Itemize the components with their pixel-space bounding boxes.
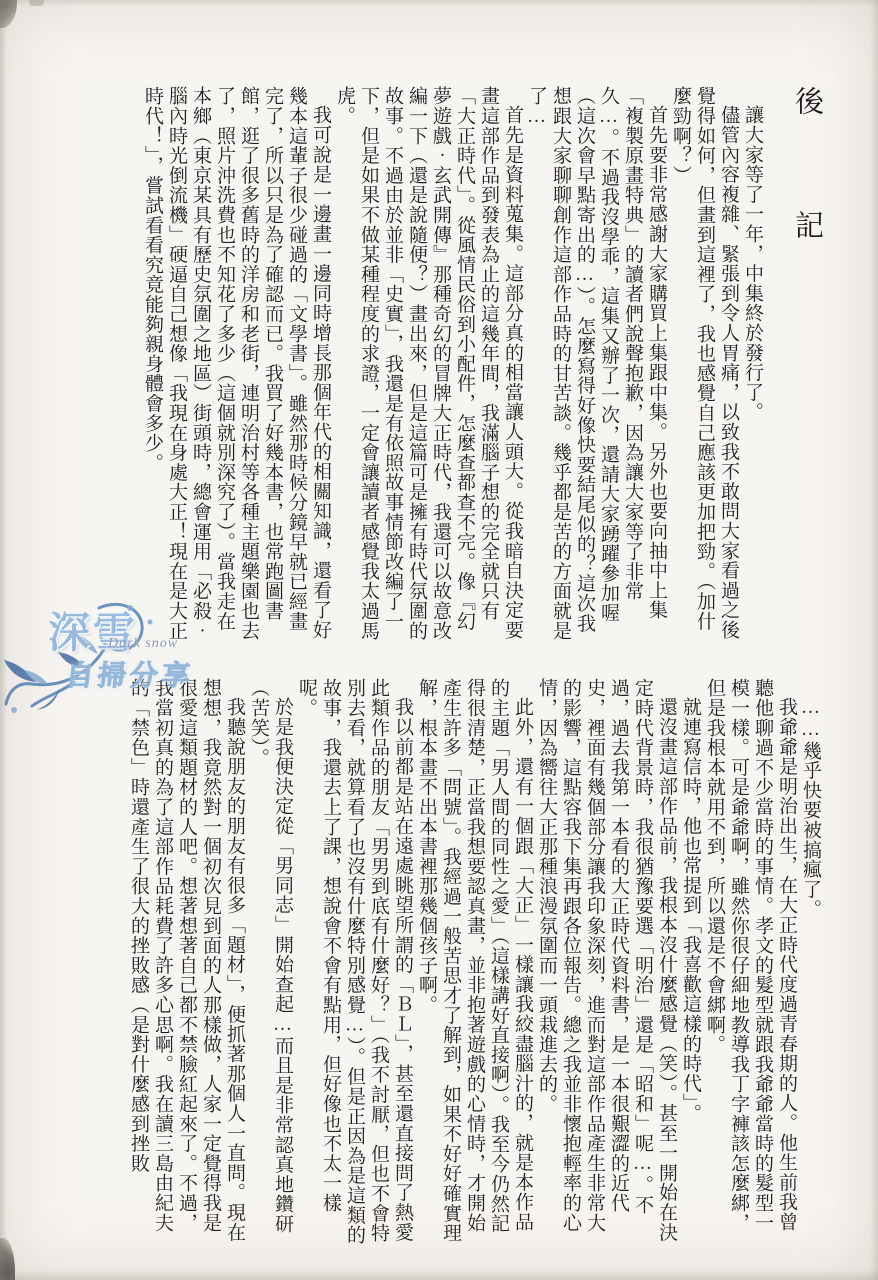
afterword-bottom-section: ……幾乎快要被搞瘋了。 我爺爺是明治出生，在大正時代度過青春期的人。他生前我曾聽… [54, 678, 822, 1246]
scanned-afterword-page: 後記 讓大家等了一年，中集終於發行了。 儘管內容複雜、緊張到令人胃痛，以致我不敢… [0, 0, 878, 1280]
paragraph: 首先是資料蒐集。這部分真的相當讓人頭大。從我暗自決定要畫這部作品到發表為止的這幾… [332, 86, 524, 648]
paragraph: 就連寫信時，他也常提到「我喜歡這樣的時代」。 [678, 678, 702, 1246]
paragraph: 此外，還有一個跟「大正」一樣讓我絞盡腦汁的，就是本作品的主題「男人間的同性之愛」… [414, 678, 534, 1246]
afterword-top-section: 後記 讓大家等了一年，中集終於發行了。 儘管內容複雜、緊張到令人胃痛，以致我不敢… [60, 86, 828, 648]
title-char-first: 後 [791, 86, 823, 115]
paragraph: 我爺爺是明治出生，在大正時代度過青春期的人。他生前我曾聽他聊過不少當時的事情。孝… [702, 678, 798, 1246]
paragraph: 還沒畫這部作品前，我根本沒什麼感覺（笑）。甚至一開始在決定時代背景時，我很猶豫要… [534, 678, 678, 1246]
scan-edge-right [870, 0, 878, 1280]
scan-edge-top [0, 0, 878, 6]
paragraph: 讓大家等了一年，中集終於發行了。 [740, 86, 764, 648]
scan-artifact-top-left [0, 0, 17, 28]
scan-edge-left [0, 0, 7, 1280]
title-char-second: 記 [791, 210, 823, 239]
paragraph: 首先要非常感謝大家購買上集跟中集。另外也要向抽中上集「複製原畫特典」的讀者們說聲… [524, 86, 668, 648]
scan-edge-bottom [0, 1270, 878, 1280]
paragraph: 我聽說朋友的朋友有很多「題材」，便抓著那個人一直問。現在想想，我竟然對一個初次見… [126, 678, 246, 1246]
paragraph: ……幾乎快要被搞瘋了。 [798, 678, 822, 1246]
paragraph: 我可說是一邊畫一邊同時增長那個年代的相關知識，還看了好幾本這輩子很少碰過的「文學… [140, 86, 332, 648]
paragraph: 我以前都是站在遠處眺望所謂的「ＢＬ」，甚至還直接問了熱愛此類作品的朋友「男男到底… [294, 678, 414, 1246]
scan-artifact-top-mark [29, 0, 44, 6]
paragraph: 儘管內容複雜、緊張到令人胃痛，以致我不敢問大家看過之後覺得如何，但畫到這裡了，我… [668, 86, 740, 648]
paragraph: 於是我便決定從「男同志」開始查起…而且是非常認真地鑽研（苦笑）。 [246, 678, 294, 1246]
scan-artifact-bottom-left [0, 1238, 15, 1280]
page-title: 後記 [786, 86, 828, 648]
